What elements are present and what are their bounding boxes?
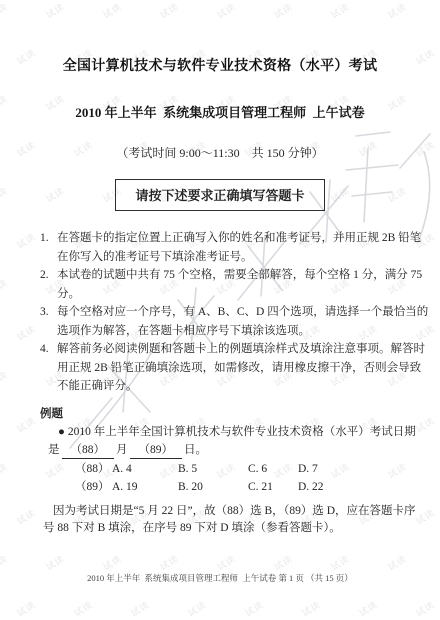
preview-watermark: 试读 bbox=[0, 552, 10, 574]
instruction-line: 选项作为解答，在答题卡相应序号下填涂该选项。 bbox=[57, 322, 428, 341]
option-b: B. 5 bbox=[178, 460, 248, 478]
fill-blank-89: （89） bbox=[130, 444, 183, 459]
instruction-line: 不能正确评分。 bbox=[57, 377, 425, 396]
example-question-text: 2010 年上半年全国计算机技术与软件专业技术资格（水平）考试日期 bbox=[68, 426, 416, 438]
preview-watermark: 试读 bbox=[185, 598, 209, 620]
exam-subtitle: 2010 年上半年 系统集成项目管理工程师 上午试卷 bbox=[0, 104, 440, 121]
instruction-item-1: 1. 在答题卡的指定位置上正确写入你的姓名和准考证号，并用正规 2B 铅笔 在你… bbox=[40, 229, 422, 266]
preview-watermark: 试读 bbox=[71, 598, 95, 620]
option-id: （88） bbox=[75, 460, 112, 478]
preview-watermark: 试读 bbox=[328, 552, 352, 574]
bullet-icon: ● bbox=[58, 426, 65, 438]
example-question: ● 2010 年上半年全国计算机技术与软件专业技术资格（水平）考试日期 bbox=[40, 423, 422, 442]
example-explanation: 因为考试日期是“5 月 22 日”，故（88）选 B，（89）选 D，应在答题卡… bbox=[40, 503, 422, 537]
explanation-line: 号 88 下对 B 填涂，在序号 89 下对 D 填涂（参看答题卡）。 bbox=[40, 520, 422, 537]
preview-watermark: 试读 bbox=[43, 552, 67, 574]
preview-watermark: 试读 bbox=[356, 598, 380, 620]
fill-blank-88: （88） bbox=[62, 444, 115, 459]
option-a: A. 19 bbox=[112, 478, 178, 496]
instruction-line: 每个空格对应一个序号，有 A、B、C、D 四个选项，请选择一个最恰当的 bbox=[57, 303, 428, 322]
exam-header: 全国计算机技术与软件专业技术资格（水平）考试 2010 年上半年 系统集成项目管… bbox=[0, 0, 440, 211]
exam-title: 全国计算机技术与软件专业技术资格（水平）考试 bbox=[0, 58, 440, 76]
fill-prefix: 是 bbox=[48, 444, 60, 456]
page-content: 全国计算机技术与软件专业技术资格（水平）考试 2010 年上半年 系统集成项目管… bbox=[0, 0, 440, 537]
preview-watermark: 试读 bbox=[271, 552, 295, 574]
instruction-item-2: 2. 本试卷的试题中共有 75 个空格，需要全部解答，每个空格 1 分，满分 7… bbox=[40, 266, 422, 303]
preview-watermark: 试读 bbox=[385, 552, 409, 574]
instruction-item-4: 4. 解答前务必阅读例题和答题卡上的例题填涂样式及填涂注意事项。解答时 用正规 … bbox=[40, 340, 422, 396]
instructions-section: 1. 在答题卡的指定位置上正确写入你的姓名和准考证号，并用正规 2B 铅笔 在你… bbox=[40, 229, 422, 537]
explanation-line: 因为考试日期是“5 月 22 日”，故（88）选 B，（89）选 D，应在答题卡… bbox=[40, 503, 422, 520]
notice-box: 请按下述要求正确填写答题卡 bbox=[115, 179, 325, 211]
instruction-line: 分。 bbox=[57, 285, 422, 304]
option-c: C. 6 bbox=[248, 460, 298, 478]
preview-watermark: 试读 bbox=[14, 598, 38, 620]
option-c: C. 21 bbox=[248, 478, 298, 496]
instruction-number: 2. bbox=[40, 266, 57, 303]
instruction-item-3: 3. 每个空格对应一个序号，有 A、B、C、D 四个选项，请选择一个最恰当的 选… bbox=[40, 303, 422, 340]
instruction-number: 4. bbox=[40, 340, 57, 396]
scanned-exam-page: { "header": { "title": "全国计算机技术与软件专业技术资格… bbox=[0, 0, 440, 620]
preview-watermark: 试读 bbox=[242, 598, 266, 620]
options-row-88: （88） A. 4 B. 5 C. 6 D. 7 bbox=[75, 460, 422, 478]
instruction-line: 在你写入的准考证号下填涂准考证号。 bbox=[57, 248, 422, 267]
option-d: D. 7 bbox=[298, 460, 422, 478]
footer-text: 2010 年上半年 系统集成项目管理工程师 上午试卷 第 1 页 （共 15 页… bbox=[87, 573, 353, 583]
options-row-89: （89） A. 19 B. 20 C. 21 D. 22 bbox=[75, 478, 422, 496]
instruction-line: 在答题卡的指定位置上正确写入你的姓名和准考证号，并用正规 2B 铅笔 bbox=[57, 229, 422, 248]
example-label: 例题 bbox=[40, 405, 422, 423]
instruction-line: 解答前务必阅读例题和答题卡上的例题填涂样式及填涂注意事项。解答时 bbox=[57, 340, 425, 359]
fill-suffix: 日。 bbox=[184, 444, 207, 456]
instruction-line: 本试卷的试题中共有 75 个空格，需要全部解答，每个空格 1 分，满分 75 bbox=[57, 266, 422, 285]
preview-watermark: 试读 bbox=[128, 598, 152, 620]
instruction-line: 用正规 2B 铅笔正确填涂选项，如需修改，请用橡皮擦干净，否则会导致 bbox=[57, 359, 425, 378]
fill-mid: 月 bbox=[116, 444, 128, 456]
option-id: （89） bbox=[75, 478, 112, 496]
instruction-number: 1. bbox=[40, 229, 57, 266]
example-fill-line: 是（88）月（89）日。 bbox=[40, 441, 422, 460]
preview-watermark: 试读 bbox=[157, 552, 181, 574]
preview-watermark: 试读 bbox=[100, 552, 124, 574]
option-a: A. 4 bbox=[112, 460, 178, 478]
preview-watermark: 试读 bbox=[214, 552, 238, 574]
option-b: B. 20 bbox=[178, 478, 248, 496]
example-section: 例题 ● 2010 年上半年全国计算机技术与软件专业技术资格（水平）考试日期 是… bbox=[40, 405, 422, 537]
preview-watermark: 试读 bbox=[413, 598, 437, 620]
instruction-number: 3. bbox=[40, 303, 57, 340]
page-footer: 2010 年上半年 系统集成项目管理工程师 上午试卷 第 1 页 （共 15 页… bbox=[0, 572, 440, 584]
preview-watermark: 试读 bbox=[299, 598, 323, 620]
exam-time-note: （考试时间 9:00～11:30 共 150 分钟） bbox=[0, 145, 440, 161]
option-d: D. 22 bbox=[298, 478, 422, 496]
